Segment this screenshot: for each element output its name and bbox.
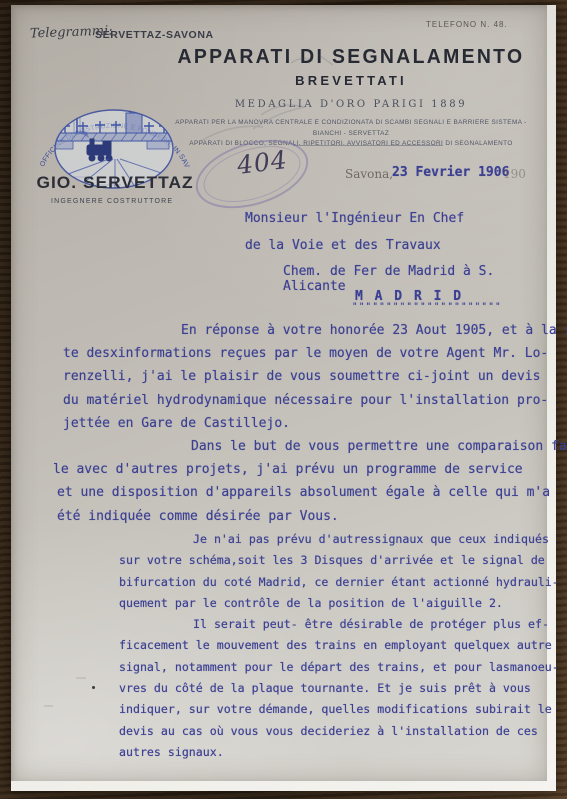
body-line: Dans le but de vous permettre une compar… bbox=[53, 435, 558, 458]
body-line: et une disposition d'appareils absolumen… bbox=[53, 481, 558, 504]
body-line: jettée en Gare de Castillejo. bbox=[53, 412, 558, 435]
stamp-number: 404 bbox=[235, 145, 289, 180]
company-role: Ingegnere Costruttore bbox=[51, 198, 173, 205]
recipient-line-1: Monsieur l'Ingénieur En Chef bbox=[245, 211, 464, 226]
body-line: quement par le contrôle de la position d… bbox=[119, 593, 567, 614]
body-line: te desxinformations reçues par le moyen … bbox=[53, 342, 558, 365]
body-line: du matériel hydrodynamique nécessaire po… bbox=[53, 389, 558, 412]
body-line: été indiquée comme désirée par Vous. bbox=[53, 505, 558, 528]
body-line: le avec d'autres projets, j'ai prévu un … bbox=[53, 458, 558, 481]
date-year-blank: 190 bbox=[503, 167, 526, 181]
body-line: renzelli, j'ai le plaisir de vous soumet… bbox=[53, 365, 558, 388]
body-line: ficacement le mouvement des trains en em… bbox=[119, 635, 567, 656]
letter-body-upper: En réponse à votre honorée 23 Aout 1905,… bbox=[53, 319, 558, 528]
body-line: En réponse à votre honorée 23 Aout 1905,… bbox=[53, 319, 558, 342]
company-name: GIO. SERVETTAZ bbox=[36, 173, 193, 193]
date-typed: 23 Fevrier 1906 bbox=[392, 165, 509, 180]
recipient-line-2: de la Voie et des Travaux bbox=[245, 238, 441, 253]
letter-sheet: Telegrammi: SERVETTAZ-SAVONA TELEFONO N.… bbox=[11, 5, 547, 781]
body-line: vres du côté de la plaque tournante. Et … bbox=[119, 678, 567, 699]
photograph-of-letter: Telegrammi: SERVETTAZ-SAVONA TELEFONO N.… bbox=[0, 0, 567, 799]
body-line: devis au cas où vous vous decideriez à l… bbox=[119, 721, 567, 742]
margin-pencil-marks bbox=[36, 670, 106, 715]
telephone-number: TELEFONO N. 48. bbox=[426, 20, 508, 29]
telegram-address: SERVETTAZ-SAVONA bbox=[95, 29, 214, 41]
body-line: sur votre schéma,soit les 3 Disques d'ar… bbox=[119, 550, 567, 571]
body-line: Il serait peut- être désirable de protég… bbox=[119, 614, 567, 635]
body-line: autres signaux. bbox=[119, 742, 567, 763]
body-line: indiquer, sur votre démande, quelles mod… bbox=[119, 699, 567, 720]
body-line: signal, notamment pour le départ des tra… bbox=[119, 657, 567, 678]
body-line: bifurcation du coté Madrid, ce dernier é… bbox=[119, 572, 567, 593]
date-place: Savona, bbox=[345, 167, 393, 181]
letter-body-lower: Je n'ai pas prévu d'autressignaux que ce… bbox=[119, 529, 567, 763]
recipient-underline: """""""""""""""""""""" bbox=[352, 302, 502, 312]
body-line: Je n'ai pas prévu d'autressignaux que ce… bbox=[119, 529, 567, 550]
